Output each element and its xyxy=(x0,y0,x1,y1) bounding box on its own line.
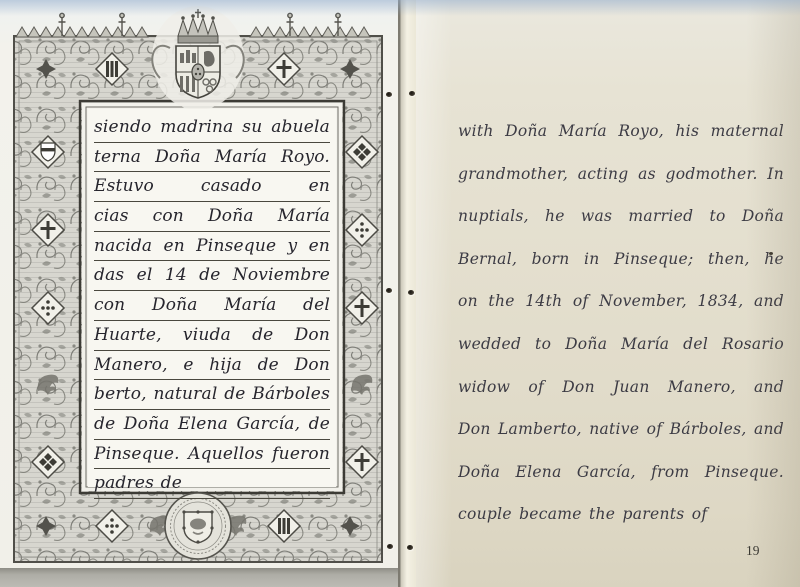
script-line: grandmother, acting as godmother. In his… xyxy=(458,153,784,196)
script-line: with Doña María Royo, his maternal xyxy=(458,110,784,153)
page-bottom-shadow xyxy=(0,568,398,587)
handwritten-line: berto, natural de Bárboles y xyxy=(94,380,330,410)
spanish-coat-of-arms-icon xyxy=(152,6,244,110)
handwritten-line: Estuvo casado en primeras nup- xyxy=(94,172,330,202)
script-line: Doña Elena García, from Pinseque. The xyxy=(458,451,784,494)
handwritten-line: de Doña Elena García, de xyxy=(94,410,330,440)
binding-hole xyxy=(386,92,392,97)
binding-hole xyxy=(409,91,415,96)
page-number: 19 xyxy=(746,543,760,559)
translation-text-area: with Doña María Royo, his maternalgrandm… xyxy=(458,110,784,536)
handwritten-line: das el 14 de Noviembre de 1834 xyxy=(94,261,330,291)
script-line: widow of Don Juan Manero, and daughter o… xyxy=(458,366,784,409)
book-spread: siendo madrina su abuela materna Doña Ma… xyxy=(0,0,800,587)
binding-hole xyxy=(408,290,414,295)
script-line: on the 14th of November, 1834, and was xyxy=(458,280,784,323)
handwritten-line: nacida en Pinseque y en segun- xyxy=(94,232,330,262)
script-line: wedded to Doña María del Rosario Huarte, xyxy=(458,323,784,366)
left-page: siendo madrina su abuela materna Doña Ma… xyxy=(0,0,398,568)
script-line: nuptials, he was married to Doña María xyxy=(458,195,784,238)
handwritten-line: Huarte, viuda de Don Juan xyxy=(94,321,330,351)
handwritten-line: padres de xyxy=(94,469,330,499)
handwritten-line: Pinseque. Aquellos fueron xyxy=(94,440,330,470)
handwritten-line: cias con Doña María Bernal, xyxy=(94,202,330,232)
script-line: Bernal, born in Pinseque; then, he remar… xyxy=(458,238,784,281)
binding-hole xyxy=(407,545,413,550)
paper-speck xyxy=(769,252,773,255)
handwritten-text-area: siendo madrina su abuela materna Doña Ma… xyxy=(88,109,336,487)
handwritten-line: con Doña María del Rosario xyxy=(94,291,330,321)
binding-hole xyxy=(387,544,393,549)
binding-hole xyxy=(386,288,392,293)
right-page: with Doña María Royo, his maternalgrandm… xyxy=(416,0,800,587)
handwritten-line: siendo madrina su abuela ma xyxy=(94,113,330,143)
heraldic-seal-icon xyxy=(165,493,231,559)
handwritten-line: terna Doña María Royo. xyxy=(94,143,330,173)
script-line: Don Lamberto, native of Bárboles, and xyxy=(458,408,784,451)
handwritten-line: Manero, e hija de Don Lam- xyxy=(94,351,330,381)
script-line: couple became the parents of xyxy=(458,493,784,536)
